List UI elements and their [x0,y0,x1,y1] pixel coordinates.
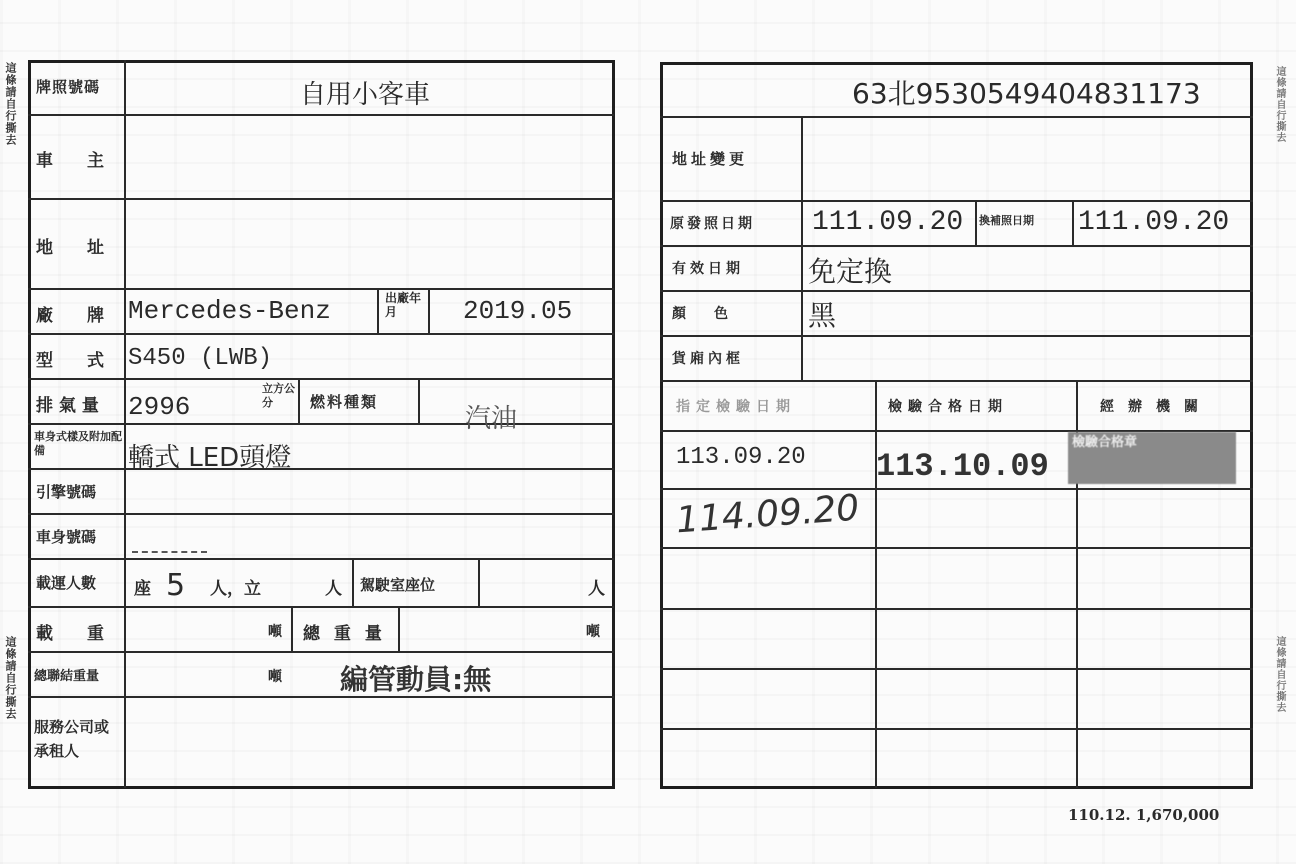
seated-passengers-value: 5 [166,568,185,603]
vehicle-type-value: 自用小客車 [300,74,430,111]
label-owner: 車 主 [36,146,104,171]
scheduled-inspection-1: 113.09.20 [676,444,806,471]
mobilization-note: 編管動員:無 [340,658,491,698]
label-fuel-type: 燃料種類 [310,391,378,412]
model-value: S450 (LWB) [128,345,272,372]
seated-suffix: 人，立 [210,574,261,599]
standing-suffix: 人 [325,574,342,599]
vin-redaction-mark [132,551,207,556]
label-passengers: 載運人數 [36,572,96,593]
print-run-note: 110.12. 1,670,000 [1068,806,1219,824]
valid-date-value: 免定換 [808,250,892,290]
label-cab-seats: 駕駛室座位 [360,574,435,595]
label-address-change: 地址變更 [672,148,748,169]
label-plate-number: 牌照號碼 [36,76,100,97]
left-margin-note-top: 這條請自行撕去 [2,62,18,146]
label-model: 型 式 [36,346,104,371]
left-margin-note-bottom: 這條請自行撕去 [2,636,18,720]
label-reissue-date: 換補照日期 [979,214,1034,228]
header-handling-agency: 經辦機關 [1100,396,1212,416]
displacement-unit: 立方公分 [262,382,296,410]
label-lessee: 服務公司或承租人 [34,715,120,763]
right-margin-note-top: 這條請自行撕去 [1272,66,1287,143]
label-vin: 車身號碼 [36,526,96,547]
label-make: 廠 牌 [36,301,104,326]
label-body-style: 車身式樣及附加配備 [34,430,122,458]
make-value: Mercedes-Benz [128,296,331,326]
cab-seats-suffix: 人 [588,574,605,599]
manufacture-date-value: 2019.05 [463,296,572,326]
label-original-issue-date: 原發照日期 [670,213,755,233]
right-margin-note-bottom: 這條請自行撕去 [1272,636,1287,713]
header-scheduled-inspection: 指定檢驗日期 [676,396,796,416]
original-issue-date-value: 111.09.20 [812,207,963,238]
label-displacement: 排 氣 量 [36,391,99,416]
displacement-value: 2996 [128,392,190,422]
passed-inspection-1: 113.10.09 [876,448,1049,485]
label-color: 顏 色 [672,303,728,323]
header-passed-inspection: 檢驗合格日期 [888,396,1008,416]
label-gross-weight: 總 重 量 [303,619,386,644]
certificate-number: 63北9530549404831173 [852,72,1201,112]
load-unit: 噸 [268,621,282,641]
body-style-value: 轎式 LED頭燈 [128,437,291,474]
inspection-stamp: 檢驗合格章 [1068,432,1236,484]
label-cargo-inner-frame: 貨廂內框 [672,348,744,368]
color-value: 黑 [808,294,836,334]
combined-weight-unit: 噸 [268,666,282,686]
reissue-date-value: 111.09.20 [1078,207,1229,238]
label-combined-weight: 總聯結重量 [34,665,99,684]
label-valid-date: 有效日期 [672,258,744,278]
seated-prefix: 座 [134,574,151,599]
fuel-type-value: 汽油 [465,398,517,435]
label-engine-number: 引擎號碼 [36,481,96,502]
label-address: 地 址 [36,233,104,258]
gross-weight-unit: 噸 [586,621,600,641]
label-load: 載 重 [36,619,104,644]
label-manufacture-date: 出廠年月 [385,291,425,319]
